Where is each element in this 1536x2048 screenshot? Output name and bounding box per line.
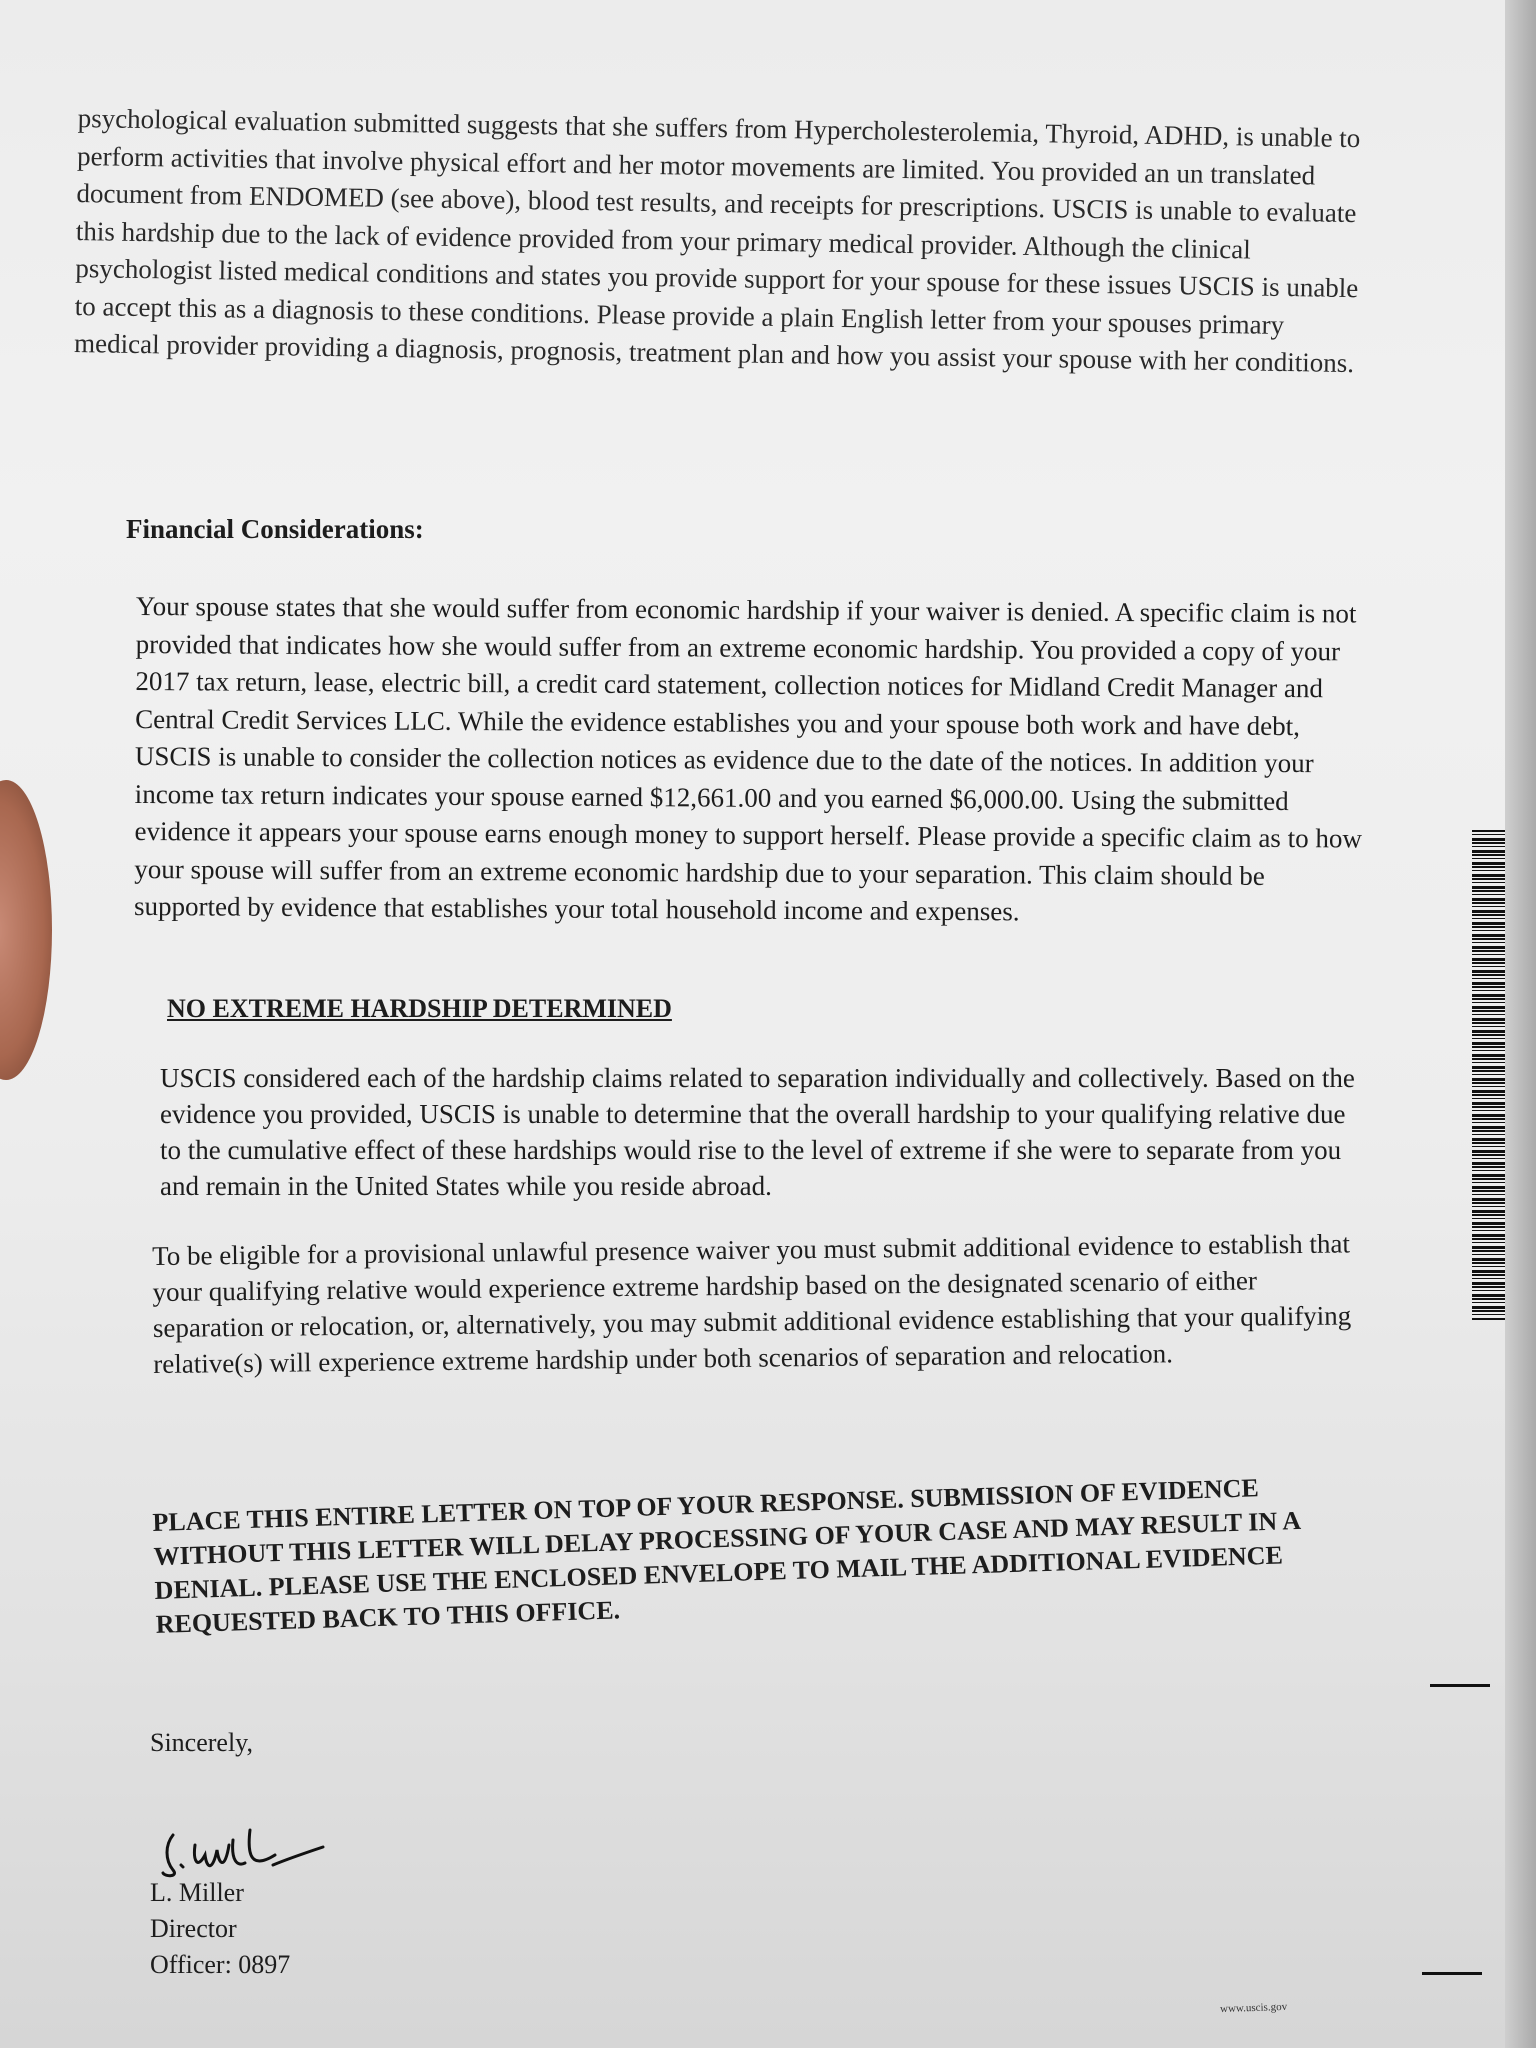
medical-paragraph: psychological evaluation submitted sugge… xyxy=(74,100,1378,383)
fold-mark xyxy=(1430,1684,1490,1687)
eligibility-text: To be eligible for a provisional unlawfu… xyxy=(152,1225,1353,1382)
instructions-notice: PLACE THIS ENTIRE LETTER ON TOP OF YOUR … xyxy=(152,1469,1336,1642)
determination-paragraph: USCIS considered each of the hardship cl… xyxy=(160,1060,1360,1204)
signer-officer: Officer: 0897 xyxy=(150,1947,290,1983)
financial-heading: Financial Considerations: xyxy=(126,511,424,549)
eligibility-paragraph: To be eligible for a provisional unlawfu… xyxy=(152,1225,1353,1382)
footer-url: www.uscis.gov xyxy=(1220,2001,1288,2015)
determination-heading: NO EXTREME HARDSHIP DETERMINED xyxy=(167,990,672,1028)
letter-page: psychological evaluation submitted sugge… xyxy=(0,0,1505,2048)
financial-paragraph: Your spouse states that she would suffer… xyxy=(134,588,1376,933)
financial-text: Your spouse states that she would suffer… xyxy=(134,588,1376,933)
determination-text: USCIS considered each of the hardship cl… xyxy=(160,1060,1360,1204)
closing: Sincerely, xyxy=(150,1728,253,1758)
medical-text: psychological evaluation submitted sugge… xyxy=(74,100,1378,383)
paper-edge xyxy=(1505,0,1536,2048)
signer-title: Director xyxy=(150,1911,290,1947)
signer-name: L. Miller xyxy=(150,1875,290,1911)
fold-mark xyxy=(1422,1972,1482,1975)
signer-block: L. Miller Director Officer: 0897 xyxy=(150,1875,290,1983)
